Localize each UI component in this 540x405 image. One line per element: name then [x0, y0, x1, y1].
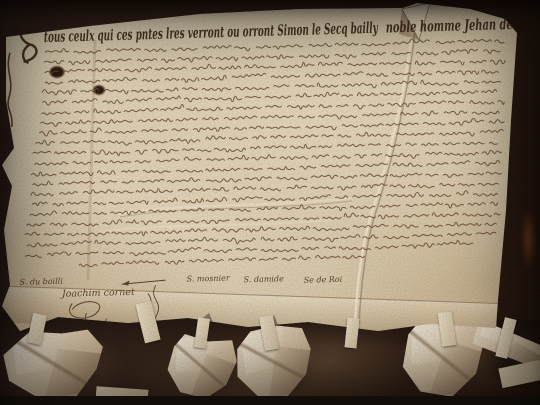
body-text-block	[20, 37, 509, 269]
manuscript-line	[27, 210, 500, 229]
photo-bottom-edge	[0, 396, 540, 405]
manuscript-line	[79, 254, 364, 267]
signature-de-roi: Se de Roi	[304, 275, 343, 285]
manuscript-line	[45, 68, 498, 86]
manuscript-photo: tous ceulx qui ces pntes lres verront ou…	[0, 0, 540, 405]
signature-joachim-cornet: Joachim cornet	[60, 287, 135, 300]
manuscript-line	[42, 78, 500, 96]
arrow-flourish-head	[122, 281, 130, 286]
manuscript-line	[33, 170, 502, 188]
opening-line: tous ceulx qui ces pntes lres verront ou…	[44, 19, 379, 46]
margin-flourish	[7, 53, 12, 127]
manuscript-line	[27, 230, 496, 249]
opening-line-end: noble homme Jehan de	[385, 15, 512, 37]
background-glint	[521, 208, 536, 270]
manuscript-line	[25, 240, 473, 258]
signature-bailli: S. du bailli	[20, 277, 64, 287]
signature-damide: S. damide	[244, 274, 285, 284]
decorated-initial	[20, 20, 37, 62]
manuscript-line	[40, 118, 505, 137]
signature-mosnier: S. mosnier	[186, 274, 230, 284]
signature-row: S. du bailli Joachim cornet S. mosnier S…	[7, 45, 344, 341]
